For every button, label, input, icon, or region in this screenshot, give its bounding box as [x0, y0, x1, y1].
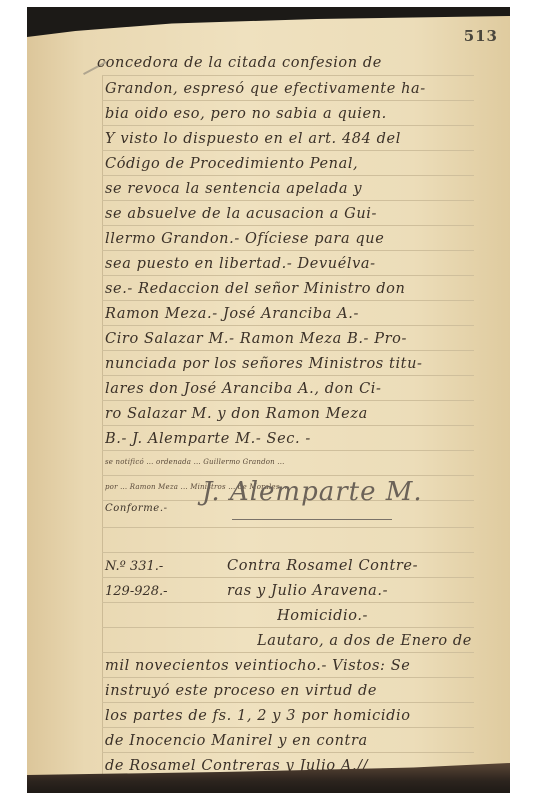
rule-line [102, 627, 474, 628]
handwritten-line: se absuelve de la acusacion a Gui- [105, 206, 477, 222]
rule-line [102, 400, 474, 401]
rule-line [102, 602, 474, 603]
handwritten-line: Y visto lo dispuesto en el art. 484 del [105, 131, 477, 147]
rule-line [102, 150, 474, 151]
rule-line [102, 752, 474, 753]
rule-line [102, 225, 474, 226]
page-number: 513 [464, 27, 498, 45]
handwritten-line: bia oido eso, pero no sabia a quien. [105, 106, 477, 122]
handwritten-line: ro Salazar M. y don Ramon Meza [105, 406, 477, 422]
handwritten-line: se revoca la sentencia apelada y [105, 181, 477, 197]
rule-line [102, 552, 474, 553]
rule-line [102, 727, 474, 728]
handwritten-line: Ciro Salazar M.- Ramon Meza B.- Pro- [105, 331, 477, 347]
rule-line [102, 375, 474, 376]
rule-line [102, 527, 474, 528]
case-title-line: ras y Julio Aravena.- [227, 583, 477, 599]
handwritten-line: nunciada por los señores Ministros titu- [105, 356, 477, 372]
rule-line [102, 350, 474, 351]
handwritten-line: llermo Grandon.- Ofíciese para que [105, 231, 477, 247]
rule-line [102, 450, 474, 451]
handwritten-line: Ramon Meza.- José Aranciba A.- [105, 306, 477, 322]
rule-line [102, 702, 474, 703]
rule-line [102, 677, 474, 678]
rule-line [102, 425, 474, 426]
rule-line [102, 250, 474, 251]
rule-line [102, 275, 474, 276]
case-text-line: instruyó este proceso en virtud de [105, 683, 477, 699]
rule-line [102, 125, 474, 126]
rule-line [102, 325, 474, 326]
handwritten-line: lares don José Aranciba A., don Ci- [105, 381, 477, 397]
handwritten-line: Código de Procedimiento Penal, [105, 156, 477, 172]
rule-line [102, 200, 474, 201]
handwritten-line: sea puesto en libertad.- Devuélva- [105, 256, 477, 272]
ledger-page: 513 concedora de la citada confesion de … [27, 7, 510, 793]
handwritten-note: se notificó ... ordenada ... Guillermo G… [105, 458, 477, 466]
case-text-line: de Inocencio Manirel y en contra [105, 733, 477, 749]
rule-line [102, 75, 474, 76]
rule-line [102, 577, 474, 578]
rule-line [102, 300, 474, 301]
rule-line [102, 175, 474, 176]
case-charge: Homicidio.- [277, 608, 477, 624]
signature: J. Alemparte M. [202, 477, 423, 507]
rule-line [102, 100, 474, 101]
case-title-line: Contra Rosamel Contre- [227, 558, 477, 574]
case-number: N.º 331.- [105, 559, 163, 574]
handwritten-line: concedora de la citada confesion de [97, 55, 469, 71]
signature-underline [232, 519, 392, 520]
case-text-line: mil novecientos veintiocho.- Vistos: Se [105, 658, 477, 674]
rule-line [102, 475, 474, 476]
handwritten-line: se.- Redaccion del señor Ministro don [105, 281, 477, 297]
handwritten-line: B.- J. Alemparte M.- Sec. - [105, 431, 477, 447]
case-text-line: Lautaro, a dos de Enero de [257, 633, 477, 649]
book-binding-top [27, 7, 510, 37]
rule-line [102, 652, 474, 653]
handwritten-line: Grandon, espresó que efectivamente ha- [105, 81, 477, 97]
case-text-line: los partes de fs. 1, 2 y 3 por homicidio [105, 708, 477, 724]
case-reference: 129-928.- [105, 584, 168, 599]
